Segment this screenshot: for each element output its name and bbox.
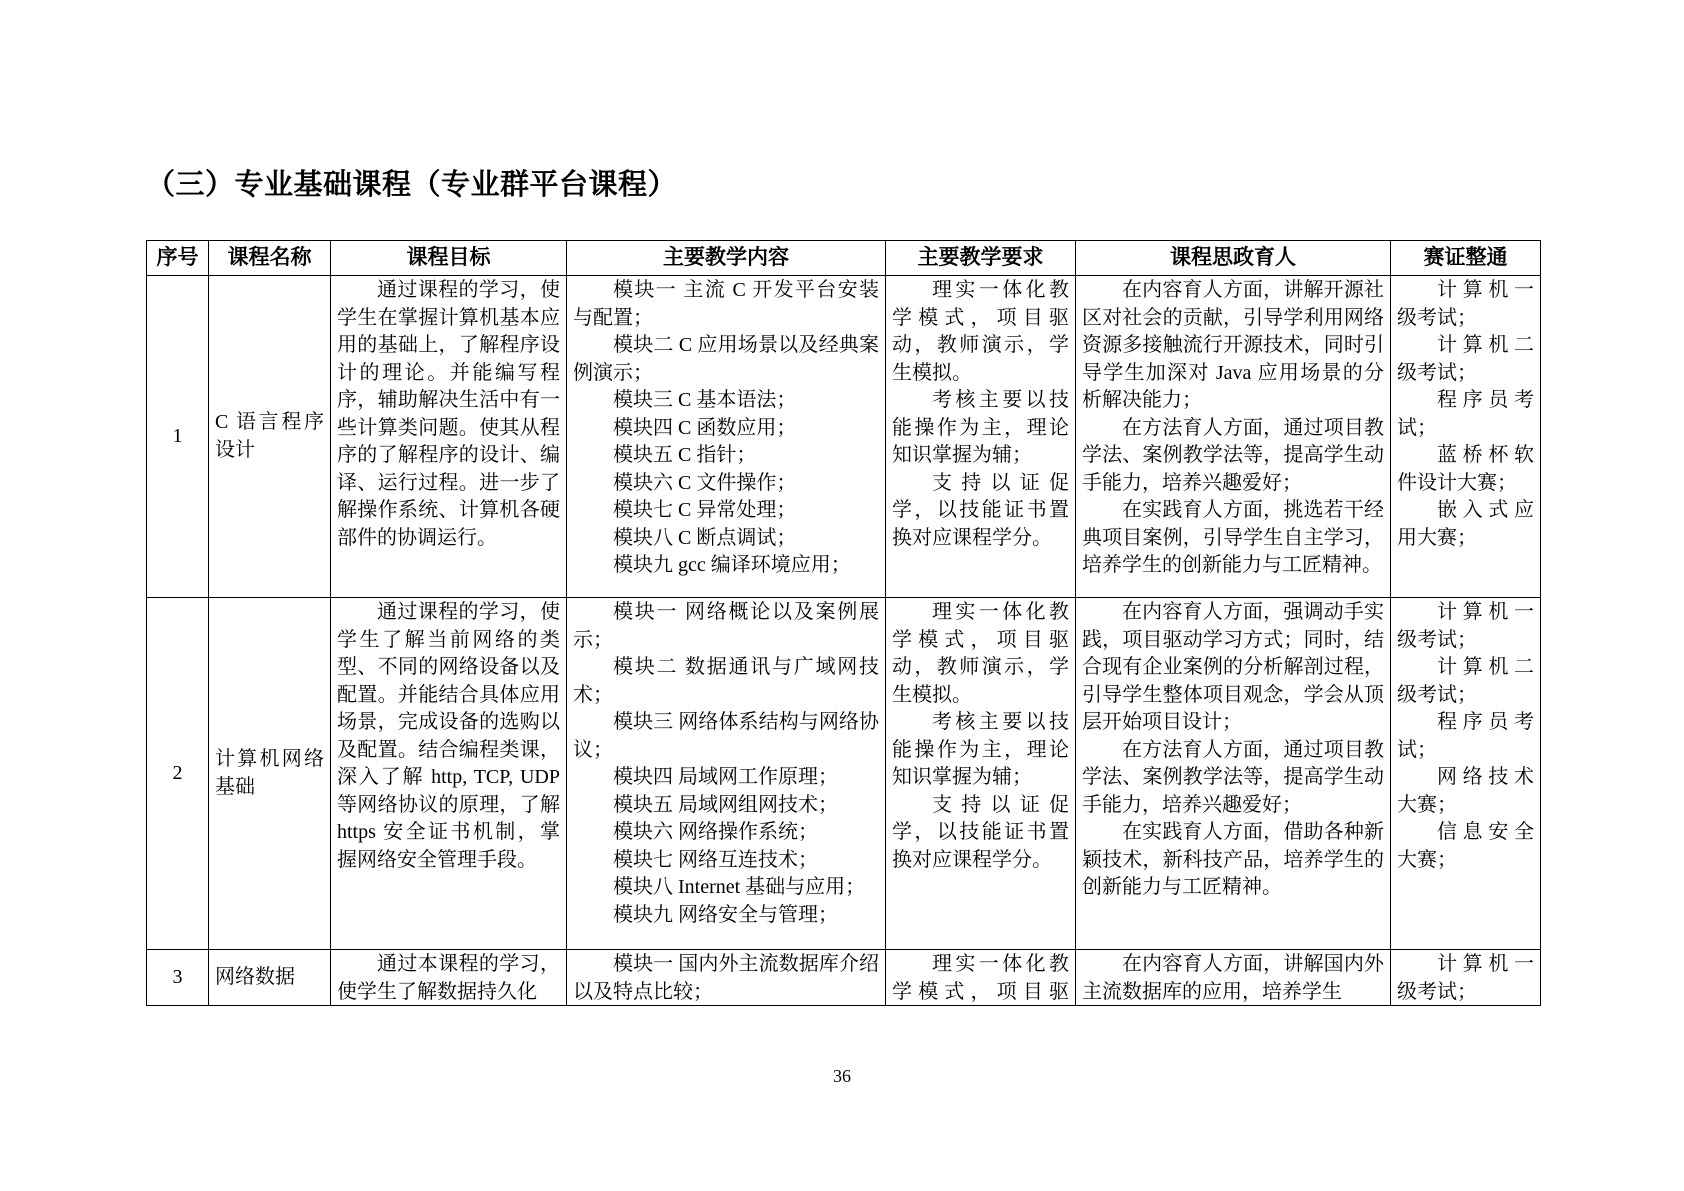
document-page: （三）专业基础课程（专业群平台课程） 序号 课程名称 课程目标 主要教学内容 主… xyxy=(0,0,1684,1191)
header-requirements: 主要教学要求 xyxy=(886,241,1076,276)
course-name-text: 网络数据 xyxy=(215,964,324,992)
header-ideology: 课程思政育人 xyxy=(1076,241,1391,276)
header-objective: 课程目标 xyxy=(331,241,567,276)
course-table: 序号 课程名称 课程目标 主要教学内容 主要教学要求 课程思政育人 赛证整通 1… xyxy=(146,240,1541,1006)
cell-no: 3 xyxy=(147,950,209,1006)
table-row-course-1: 1 C 语言程序设计 通过课程的学习，使学生在掌握计算机基本应用的基础上，了解程… xyxy=(147,276,1541,598)
ideology-paragraph: 在内容育人方面，讲解国内外主流数据库的应用，培养学生 xyxy=(1082,951,1384,1004)
module-item: 模块一 网络概论以及案例展示； xyxy=(573,599,879,654)
cert-item: 计算机二级考试； xyxy=(1397,332,1534,387)
requirement-paragraph: 理实一体化教学模式，项目驱动，教师演示，学生模拟。 xyxy=(892,599,1069,709)
cell-content: 模块一 国内外主流数据库介绍以及特点比较； xyxy=(567,950,886,1006)
module-item: 模块二 C 应用场景以及经典案例演示； xyxy=(573,332,879,387)
page-number: 36 xyxy=(0,1066,1684,1087)
table-header-row: 序号 课程名称 课程目标 主要教学内容 主要教学要求 课程思政育人 赛证整通 xyxy=(147,241,1541,276)
cert-item: 计算机一级考试； xyxy=(1397,599,1534,654)
module-item: 模块四 局域网工作原理； xyxy=(573,764,879,792)
header-name: 课程名称 xyxy=(209,241,331,276)
objective-paragraph: 通过课程的学习，使学生在掌握计算机基本应用的基础上，了解程序设计的理论。并能编写… xyxy=(337,277,560,552)
objective-paragraph: 通过课程的学习，使学生了解当前网络的类型、不同的网络设备以及配置。并能结合具体应… xyxy=(337,599,560,874)
course-name-text: C 语言程序设计 xyxy=(215,409,324,464)
cert-item: 信息安全大赛； xyxy=(1397,819,1534,874)
cell-content: 模块一 网络概论以及案例展示； 模块二 数据通讯与广域网技术； 模块三 网络体系… xyxy=(567,598,886,950)
cell-no: 1 xyxy=(147,276,209,598)
cell-no: 2 xyxy=(147,598,209,950)
module-item: 模块四 C 函数应用； xyxy=(573,415,879,443)
cell-requirements: 理实一体化教学模式，项目驱动， xyxy=(886,950,1076,1006)
cell-content: 模块一 主流 C 开发平台安装与配置； 模块二 C 应用场景以及经典案例演示； … xyxy=(567,276,886,598)
cert-item: 嵌入式应用大赛； xyxy=(1397,497,1534,552)
module-item: 模块一 国内外主流数据库介绍以及特点比较； xyxy=(573,951,879,1004)
cell-objective: 通过课程的学习，使学生了解当前网络的类型、不同的网络设备以及配置。并能结合具体应… xyxy=(331,598,567,950)
module-item: 模块五 C 指针； xyxy=(573,442,879,470)
module-item: 模块七 C 异常处理； xyxy=(573,497,879,525)
requirement-paragraph: 支持以证促学，以技能证书置换对应课程学分。 xyxy=(892,470,1069,553)
module-item: 模块五 局域网组网技术； xyxy=(573,792,879,820)
cert-item: 程序员考试； xyxy=(1397,387,1534,442)
module-item: 模块八 C 断点调试； xyxy=(573,525,879,553)
cell-certs: 计算机一级考试； 计算机二级考试； 程序员考试； 蓝桥杯软件设计大赛； 嵌入式应… xyxy=(1391,276,1541,598)
section-title: （三）专业基础课程（专业群平台课程） xyxy=(146,162,677,203)
cell-ideology: 在内容育人方面，讲解开源社区对社会的贡献，引导学利用网络资源多接触流行开源技术，… xyxy=(1076,276,1391,598)
requirement-paragraph: 理实一体化教学模式，项目驱动， xyxy=(892,951,1069,1004)
cell-ideology: 在内容育人方面，强调动手实践，项目驱动学习方式；同时，结合现有企业案例的分析解剖… xyxy=(1076,598,1391,950)
table-row-course-3: 3 网络数据 通过本课程的学习，使学生了解数据持久化 模块一 国内外主流数据库介… xyxy=(147,950,1541,1006)
module-item: 模块六 网络操作系统； xyxy=(573,819,879,847)
module-item: 模块七 网络互连技术； xyxy=(573,847,879,875)
cert-item: 计算机二级考试； xyxy=(1397,654,1534,709)
cell-objective: 通过课程的学习，使学生在掌握计算机基本应用的基础上，了解程序设计的理论。并能编写… xyxy=(331,276,567,598)
module-item: 模块三 C 基本语法； xyxy=(573,387,879,415)
ideology-paragraph: 在方法育人方面，通过项目教学法、案例教学法等，提高学生动手能力，培养兴趣爱好； xyxy=(1082,737,1384,820)
ideology-paragraph: 在实践育人方面，借助各种新颖技术，新科技产品，培养学生的创新能力与工匠精神。 xyxy=(1082,819,1384,902)
module-item: 模块一 主流 C 开发平台安装与配置； xyxy=(573,277,879,332)
header-certs: 赛证整通 xyxy=(1391,241,1541,276)
cell-requirements: 理实一体化教学模式，项目驱动，教师演示，学生模拟。 考核主要以技能操作为主，理论… xyxy=(886,276,1076,598)
cert-item: 程序员考试； xyxy=(1397,709,1534,764)
cell-certs: 计算机一级考试； xyxy=(1391,950,1541,1006)
cert-item: 计算机一级考试； xyxy=(1397,277,1534,332)
module-item: 模块八 Internet 基础与应用； xyxy=(573,874,879,902)
cert-item: 计算机一级考试； xyxy=(1397,951,1534,1004)
cell-course-name: 网络数据 xyxy=(209,950,331,1006)
ideology-paragraph: 在实践育人方面，挑选若干经典项目案例，引导学生自主学习，培养学生的创新能力与工匠… xyxy=(1082,497,1384,580)
module-item: 模块六 C 文件操作； xyxy=(573,470,879,498)
cert-item: 网络技术大赛； xyxy=(1397,764,1534,819)
module-item: 模块三 网络体系结构与网络协议； xyxy=(573,709,879,764)
course-name-text: 计算机网络基础 xyxy=(215,746,324,801)
cell-requirements: 理实一体化教学模式，项目驱动，教师演示，学生模拟。 考核主要以技能操作为主，理论… xyxy=(886,598,1076,950)
cell-objective: 通过本课程的学习，使学生了解数据持久化 xyxy=(331,950,567,1006)
requirement-paragraph: 支持以证促学，以技能证书置换对应课程学分。 xyxy=(892,792,1069,875)
header-no: 序号 xyxy=(147,241,209,276)
requirement-paragraph: 考核主要以技能操作为主，理论知识掌握为辅； xyxy=(892,709,1069,792)
cell-ideology: 在内容育人方面，讲解国内外主流数据库的应用，培养学生 xyxy=(1076,950,1391,1006)
module-item: 模块九 网络安全与管理； xyxy=(573,902,879,930)
module-item: 模块九 gcc 编译环境应用； xyxy=(573,552,879,580)
cert-item: 蓝桥杯软件设计大赛； xyxy=(1397,442,1534,497)
objective-paragraph: 通过本课程的学习，使学生了解数据持久化 xyxy=(337,951,560,1004)
cell-course-name: C 语言程序设计 xyxy=(209,276,331,598)
table-row-course-2: 2 计算机网络基础 通过课程的学习，使学生了解当前网络的类型、不同的网络设备以及… xyxy=(147,598,1541,950)
module-item: 模块二 数据通讯与广域网技术； xyxy=(573,654,879,709)
requirement-paragraph: 考核主要以技能操作为主，理论知识掌握为辅； xyxy=(892,387,1069,470)
cell-course-name: 计算机网络基础 xyxy=(209,598,331,950)
ideology-paragraph: 在内容育人方面，强调动手实践，项目驱动学习方式；同时，结合现有企业案例的分析解剖… xyxy=(1082,599,1384,737)
ideology-paragraph: 在方法育人方面，通过项目教学法、案例教学法等，提高学生动手能力，培养兴趣爱好； xyxy=(1082,415,1384,498)
ideology-paragraph: 在内容育人方面，讲解开源社区对社会的贡献，引导学利用网络资源多接触流行开源技术，… xyxy=(1082,277,1384,415)
header-content: 主要教学内容 xyxy=(567,241,886,276)
requirement-paragraph: 理实一体化教学模式，项目驱动，教师演示，学生模拟。 xyxy=(892,277,1069,387)
cell-certs: 计算机一级考试； 计算机二级考试； 程序员考试； 网络技术大赛； 信息安全大赛； xyxy=(1391,598,1541,950)
